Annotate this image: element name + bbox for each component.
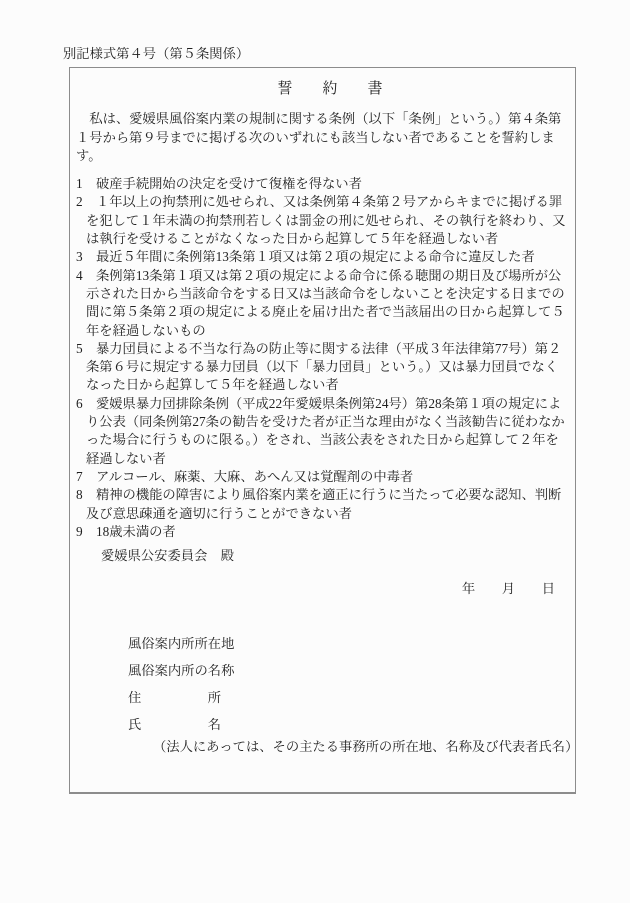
oath-item-9: 9 18歳未満の者: [76, 523, 570, 541]
addressee-line: 愛媛県公安委員会 殿: [101, 547, 570, 565]
form-number-label: 別記様式第４号（第５条関係）: [63, 45, 249, 63]
document-page: 別記様式第４号（第５条関係） 誓 約 書 私は、愛媛県風俗案内業の規制に関する条…: [0, 0, 630, 903]
oath-item-4: 4 条例第13条第１項又は第２項の規定による命令に係る聴聞の期日及び場所が公 示…: [76, 267, 570, 340]
signature-fields: 風俗案内所所在地 風俗案内所の名称 住 所 氏 名: [128, 635, 570, 734]
oath-item-7: 7 アルコール、麻薬、大麻、あへん又は覚醒剤の中毒者: [76, 468, 570, 486]
oath-item-8: 8 精神の機能の障害により風俗案内業を適正に行うに当たって必要な認知、判断 及び…: [76, 486, 570, 523]
oath-item-5: 5 暴力団員による不当な行為の防止等に関する法律（平成３年法律第77号）第２ 条…: [76, 340, 570, 395]
oath-intro-paragraph: 私は、愛媛県風俗案内業の規制に関する条例（以下「条例」という。）第４条第 １号か…: [76, 110, 570, 165]
corporate-note: （法人にあっては、その主たる事務所の所在地、名称及び代表者氏名）: [153, 738, 570, 756]
oath-item-2: 2 １年以上の拘禁刑に処せられ、又は条例第４条第２号アからキまでに掲げる罪 を犯…: [76, 193, 570, 248]
oath-title: 誓 約 書: [76, 80, 570, 98]
oath-item-3: 3 最近５年間に条例第13条第１項又は第２項の規定による命令に違反した者: [76, 248, 570, 266]
oath-item-1: 1 破産手続開始の決定を受けて復権を得ない者: [76, 175, 570, 193]
field-address: 住 所: [128, 689, 570, 707]
field-premises-name: 風俗案内所の名称: [128, 662, 570, 680]
oath-form-box: 誓 約 書 私は、愛媛県風俗案内業の規制に関する条例（以下「条例」という。）第４…: [69, 67, 576, 794]
field-premises-address: 風俗案内所所在地: [128, 635, 570, 653]
disqualification-list: 1 破産手続開始の決定を受けて復権を得ない者 2 １年以上の拘禁刑に処せられ、又…: [76, 175, 570, 541]
field-name: 氏 名: [128, 716, 570, 734]
oath-item-6: 6 愛媛県暴力団排除条例（平成22年愛媛県条例第24号）第28条第１項の規定によ…: [76, 395, 570, 468]
date-line: 年 月 日: [76, 580, 570, 598]
